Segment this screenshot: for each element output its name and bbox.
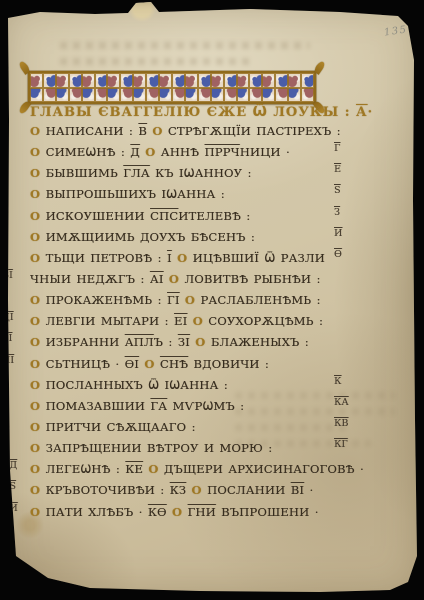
headband-leaf-square [159, 73, 172, 88]
headband-leaf-square [43, 88, 56, 103]
chapter-text: БЛАЖЕНЫХЪ : [205, 335, 308, 349]
gold-initial: О [145, 145, 155, 159]
title-tail: · [368, 105, 374, 120]
headband-leaf-square [249, 88, 262, 103]
gold-initial: О [195, 335, 205, 349]
headband-leaf-square [237, 73, 250, 88]
chapter-line: О ВЫПРОШЬШИХЪ ІѠАННА :Ѕ [30, 187, 360, 208]
headband-leaf-square [120, 73, 133, 88]
chapter-list-title: ГЛАВЫ ЄВАГГЕЛІЮ ЄЖЕ Ѿ ЛОУКЫ : А· [30, 105, 373, 120]
chapter-text: НАПИСАНИ : [40, 124, 138, 138]
chapter-text: ПРОКАЖЕНѢМЬ : [40, 293, 167, 307]
chapter-line: О ПОСЛАННЫХЪ Ѿ ІѠАННА :К [30, 378, 360, 399]
abbreviated-word: ГНИ [188, 505, 216, 519]
gold-initial: О [30, 230, 40, 244]
headband-leaf-square [301, 73, 314, 88]
chapter-line: О ПОМАЗАВШИИ ГА МѴРѠМЪ :КА [30, 399, 360, 420]
chapter-text: СТРѢГѪЩЇИ ПАСТІРЕХЪ : [163, 124, 341, 138]
headband-leaf-square [301, 88, 314, 103]
manuscript-page: 135 ГЛАВЫ ЄВАГГЕЛІЮ ЄЖЕ Ѿ ЛОУКЫ : А· О Н… [0, 0, 424, 600]
chapter-text: МѴРѠМЪ : [167, 399, 244, 413]
title-text: ГЛАВЫ ЄВАГГЕЛІЮ ЄЖЕ Ѿ ЛОУКЫ : [30, 105, 351, 120]
left-margin-number: ИІ [2, 355, 14, 366]
chapter-text: АННѢ [155, 145, 204, 159]
abbreviated-word: І [167, 251, 172, 265]
gold-initial: О [144, 357, 154, 371]
headband-ornament [28, 71, 316, 104]
gold-initial: О [30, 209, 40, 223]
chapter-line: О ИСКОУШЕНИИ СПСИТЕЛЕВѢ :З [30, 209, 360, 230]
chapter-text: ДЪЩЕРИ АРХИСИНАГОГОВѢ · [159, 462, 364, 476]
chapter-text: Ъ : [154, 335, 178, 349]
chapter-text: НИЦИ · [240, 145, 290, 159]
chapter-text: ИЦѢВШИЇ Ѿ РАЗЛИ [187, 251, 325, 265]
chapter-text: ЛЕВГІИ МЫТАРИ : [40, 314, 174, 328]
gold-initial: О [30, 251, 40, 265]
headband-leaf-square [288, 88, 301, 103]
headband-leaf-square [288, 73, 301, 88]
abbreviated-word: ГЛА [123, 166, 150, 180]
gold-initial: О [30, 462, 40, 476]
gold-initial: О [172, 505, 182, 519]
headband-leaf-square [275, 73, 288, 88]
abbreviated-word: КЗ [170, 483, 186, 497]
chapter-line: О НАПИСАНИ : В О СТРѢГѪЩЇИ ПАСТІРЕХЪ : [30, 124, 360, 145]
headband-leaf-square [185, 88, 198, 103]
chapter-text: ЗАПРѢЩЕНИИ ВѢТРОУ И МОРЮ : [40, 441, 272, 455]
chapter-list: О НАПИСАНИ : В О СТРѢГѪЩЇИ ПАСТІРЕХЪ :О … [30, 124, 360, 526]
headband-leaf-square [237, 88, 250, 103]
headband-leaf-square [56, 73, 69, 88]
chapter-text: ВДОВИЧИ : [188, 357, 269, 371]
gold-initial: О [30, 441, 40, 455]
gold-initial: О [30, 314, 40, 328]
headband-leaf-square [159, 88, 172, 103]
chapter-line: КЅО КРЪВОТОЧИВѢИ : КЗ О ПОСЛАНИИ ВІ · [30, 483, 360, 504]
chapter-text: ИСКОУШЕНИИ [40, 209, 150, 223]
gold-initial: О [192, 483, 202, 497]
headband-leaf-square [107, 88, 120, 103]
folio-number: 135 [384, 24, 409, 38]
chapter-text: ИЗБРАННИ [40, 335, 125, 349]
gold-initial: О [30, 335, 40, 349]
headband-leaf-square [262, 88, 275, 103]
headband-leaf-square [56, 88, 69, 103]
gold-initial: О [152, 124, 162, 138]
gold-initial: О [30, 293, 40, 307]
headband-leaf-square [172, 73, 185, 88]
gold-initial: О [30, 420, 40, 434]
abbreviated-word: ПРРЧ [204, 145, 239, 159]
headband-leaf-square [69, 88, 82, 103]
headband-leaf-square [198, 88, 211, 103]
right-margin-number: КГ [334, 439, 348, 450]
headband-leaf-square [133, 73, 146, 88]
leaf-finial-icon [313, 60, 326, 75]
headband-leaf-square [146, 88, 159, 103]
headband-leaf-square [107, 73, 120, 88]
chapter-line: ВІЧНЫИ НЕДѪГЪ : АІ О ЛОВИТВѢ РЫБНѢИ : [30, 272, 360, 293]
headband-leaf-square [224, 73, 237, 88]
chapter-text: КЪ ІѠАННОУ : [150, 166, 252, 180]
right-margin-number: К [334, 376, 341, 387]
headband-leaf-square [185, 73, 198, 88]
headband-leaf-square [95, 73, 108, 88]
chapter-line: ДІО ЛЕВГІИ МЫТАРИ : ЕІ О СОУХОРѪЦѢМЬ : [30, 314, 360, 335]
headband-leaf-square [69, 73, 82, 88]
left-margin-number: ДІ [2, 312, 13, 323]
gold-initial: О [30, 378, 40, 392]
gold-initial: О [30, 124, 40, 138]
title-chapter-number: А [356, 105, 368, 120]
chapter-line: О БЫВШИМЬ ГЛА КЪ ІѠАННОУ :Е [30, 166, 360, 187]
chapter-text: ТЬЩИ ПЕТРОВѢ : [40, 251, 167, 265]
gold-initial: О [185, 293, 195, 307]
chapter-text: ВЫПРОШЬШИХЪ ІѠАННА : [40, 187, 225, 201]
abbreviated-word: Д [130, 145, 140, 159]
chapter-text: СОУХОРѪЦѢМЬ : [203, 314, 323, 328]
chapter-line: О ИМѪЩИИМЬ ДОУХЪ БѢСЕНЪ :И [30, 230, 360, 251]
left-margin-number: КИ [2, 503, 18, 514]
right-margin-number: Г [334, 143, 340, 154]
chapter-text: ЧНЫИ НЕДѪГЪ : [30, 272, 150, 286]
chapter-text: ПАТИ ХЛѢБЪ · [40, 505, 148, 519]
showthrough-smudge-top [60, 42, 310, 74]
abbreviated-word: ѲІ [125, 357, 139, 371]
abbreviated-word: КѲ [148, 505, 167, 519]
gold-initial: О [177, 251, 187, 265]
headband-leaf-square [211, 73, 224, 88]
headband-leaf-square [82, 73, 95, 88]
abbreviated-word: АПЛ [125, 335, 154, 349]
chapter-line: О ЗАПРѢЩЕНИИ ВѢТРОУ И МОРЮ :КГ [30, 441, 360, 462]
abbreviated-word: ЕІ [174, 314, 187, 328]
gold-initial: О [193, 314, 203, 328]
headband-leaf-square [82, 88, 95, 103]
chapter-line: О СИМЕѠНѢ : Д О АННѢ ПРРЧНИЦИ ·Г [30, 145, 360, 166]
gold-initial: О [30, 483, 40, 497]
chapter-line: О ПРИТЧИ СѢѪЩААГО :КВ [30, 420, 360, 441]
chapter-text: ВЪПРОШЕНИ · [216, 505, 319, 519]
gold-initial: О [30, 357, 40, 371]
right-margin-number: Ѕ [334, 185, 341, 196]
right-margin-number: Ѳ [334, 249, 342, 260]
chapter-text: ПОМАЗАВШИИ [40, 399, 150, 413]
chapter-line: КДО ЛЕГЕѠНѢ : КЕ О ДЪЩЕРИ АРХИСИНАГОГОВѢ… [30, 462, 360, 483]
headband-leaf-square [172, 88, 185, 103]
right-margin-number: И [334, 228, 342, 239]
headband-leaf-square [262, 73, 275, 88]
headband-leaf-square [146, 73, 159, 88]
gold-initial: О [30, 166, 40, 180]
gold-initial: О [30, 399, 40, 413]
abbreviated-word: ЗІ [178, 335, 190, 349]
left-margin-number: ВІ [2, 270, 13, 281]
abbreviated-word: СНѢ [160, 357, 188, 371]
right-margin-number: КВ [334, 418, 348, 429]
headband-leaf-square [120, 88, 133, 103]
headband-leaf-square [224, 88, 237, 103]
chapter-line: ИІО СЬТНИЦѢ · ѲІ О СНѢ ВДОВИЧИ : [30, 357, 360, 378]
gold-initial: О [30, 187, 40, 201]
chapter-line: О ПРОКАЖЕНѢМЬ : ГІ О РАСЛАБЛЕНѢМЬ : [30, 293, 360, 314]
chapter-text: ИТЕЛЕВѢ : [178, 209, 250, 223]
abbreviated-word: АІ [150, 272, 164, 286]
headband-leaf-square [30, 73, 43, 88]
headband-leaf-square [275, 88, 288, 103]
headband-leaf-square [211, 88, 224, 103]
chapter-text: БЫВШИМЬ [40, 166, 123, 180]
chapter-text: ПОСЛАННЫХЪ Ѿ ІѠАННА : [40, 378, 228, 392]
gold-initial: О [169, 272, 179, 286]
chapter-text: · [304, 483, 313, 497]
chapter-line: ЅІО ИЗБРАННИ АПЛЪ : ЗІ О БЛАЖЕНЫХЪ : [30, 335, 360, 356]
left-margin-number: КЅ [2, 481, 16, 492]
abbreviated-word: В [138, 124, 147, 138]
gold-initial: О [30, 505, 40, 519]
headband-leaf-square [43, 73, 56, 88]
headband-leaf-square [198, 73, 211, 88]
chapter-text: ЛОВИТВѢ РЫБНѢИ : [179, 272, 320, 286]
abbreviated-word: ГА [150, 399, 167, 413]
headband-leaf-square [249, 73, 262, 88]
chapter-text: ПОСЛАНИИ [202, 483, 291, 497]
abbreviated-word: ГІ [167, 293, 180, 307]
right-margin-number: Е [334, 164, 341, 175]
chapter-line: КИО ПАТИ ХЛѢБЪ · КѲ О ГНИ ВЪПРОШЕНИ · [30, 505, 360, 526]
chapter-text: СИМЕѠНѢ : [40, 145, 130, 159]
gold-initial: О [148, 462, 158, 476]
abbreviated-word: КЕ [125, 462, 143, 476]
chapter-text: ИМѪЩИИМЬ ДОУХЪ БѢСЕНЪ : [40, 230, 255, 244]
headband-leaf-square [30, 88, 43, 103]
chapter-text: КРЪВОТОЧИВѢИ : [40, 483, 169, 497]
headband-leaf-square [95, 88, 108, 103]
abbreviated-word: СПС [150, 209, 178, 223]
chapter-text: ЛЕГЕѠНѢ : [40, 462, 125, 476]
left-margin-number: ЅІ [2, 333, 12, 344]
gold-initial: О [30, 145, 40, 159]
chapter-text: СЬТНИЦѢ · [40, 357, 124, 371]
chapter-text: ПРИТЧИ СѢѪЩААГО : [40, 420, 195, 434]
headband-leaf-square [133, 88, 146, 103]
right-margin-number: З [334, 207, 340, 218]
left-margin-number: КД [2, 460, 17, 471]
chapter-text: РАСЛАБЛЕНѢМЬ : [195, 293, 321, 307]
abbreviated-word: ВІ [291, 483, 304, 497]
right-margin-number: КА [334, 397, 349, 408]
chapter-line: О ТЬЩИ ПЕТРОВѢ : І О ИЦѢВШИЇ Ѿ РАЗЛИѲ [30, 251, 360, 272]
